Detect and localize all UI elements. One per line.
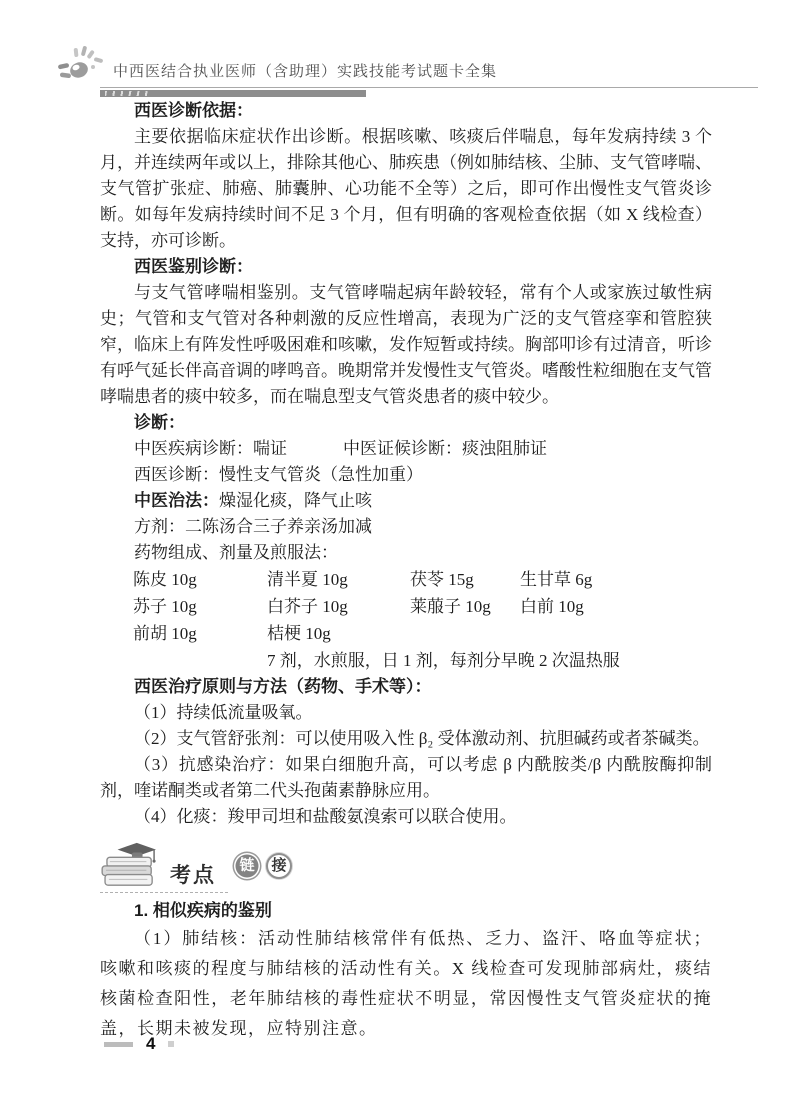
herb-cell: 清半夏 10g (267, 566, 410, 593)
exam-point-circle-lian: 链 (234, 853, 260, 879)
tcm-method-value: 燥湿化痰，降气止咳 (219, 491, 372, 510)
paragraph-western-differential-diagnosis: 与支气管哮喘相鉴别。支气管哮喘起病年龄较轻，常有个人或家族过敏性病史；气管和支气… (100, 280, 712, 410)
herb-row: 苏子 10g 白芥子 10g 莱菔子 10g 白前 10g (133, 593, 712, 620)
herb-cell: 陈皮 10g (133, 566, 267, 593)
heading-western-treatment: 西医治疗原则与方法（药物、手术等）： (100, 674, 712, 700)
line-composition-heading: 药物组成、剂量及煎服法： (100, 540, 712, 566)
header-rule-thick (100, 90, 366, 97)
book-title: 中西医结合执业医师（含助理）实践技能考试题卡全集 (113, 52, 497, 81)
herb-cell: 白前 10g (520, 593, 712, 620)
page-header: 中西医结合执业医师（含助理）实践技能考试题卡全集 (56, 44, 497, 88)
herb-cell: 苏子 10g (133, 593, 267, 620)
herb-cell: 茯苓 15g (410, 566, 520, 593)
heading-similar-disease-differentiation: 1. 相似疾病的鉴别 (100, 898, 712, 924)
treatment-item-4: （4）化痰：羧甲司坦和盐酸氨溴索可以联合使用。 (100, 804, 712, 830)
herb-cell (410, 620, 520, 647)
line-western-diagnosis: 西医诊断：慢性支气管炎（急性加重） (100, 462, 712, 488)
herb-cell: 莱菔子 10g (410, 593, 520, 620)
footer-bar (104, 1042, 133, 1047)
exam-point-link-left: 考点 (100, 839, 228, 893)
exam-point-label: 考点 (170, 863, 216, 889)
line-formula: 方剂：二陈汤合三子养亲汤加减 (100, 514, 712, 540)
herb-cell: 白芥子 10g (267, 593, 410, 620)
herb-row: 陈皮 10g 清半夏 10g 茯苓 15g 生甘草 6g (133, 566, 712, 593)
line-tcm-treatment-method: 中医治法：燥湿化痰，降气止咳 (100, 488, 712, 514)
heading-western-diagnosis-basis: 西医诊断依据： (100, 98, 712, 124)
decoction-instructions: 7 剂，水煎服，日 1 剂，每剂分早晚 2 次温热服 (100, 647, 712, 674)
herb-cell (520, 620, 712, 647)
main-content: 西医诊断依据： 主要依据临床症状作出诊断。根据咳嗽、咳痰后伴喘息，每年发病持续 … (100, 98, 712, 1044)
treatment-item-2: （2）支气管舒张剂：可以使用吸入性 β₂ 受体激动剂、抗胆碱药或者茶碱类。 (100, 726, 712, 752)
books-graduation-cap-icon (100, 839, 162, 889)
treatment-item-3: （3）抗感染治疗：如果白细胞升高，可以考虑 β 内酰胺类/β 内酰胺酶抑制剂，喹… (100, 752, 712, 804)
heading-western-differential-diagnosis: 西医鉴别诊断： (100, 254, 712, 280)
tcm-method-label: 中医治法： (134, 491, 219, 510)
tcm-disease-diagnosis: 中医疾病诊断：喘证 (134, 439, 287, 458)
heading-diagnosis: 诊断： (100, 410, 712, 436)
book-page: 中西医结合执业医师（含助理）实践技能考试题卡全集 西医诊断依据： 主要依据临床症… (0, 0, 800, 1120)
herb-cell: 桔梗 10g (267, 620, 410, 647)
paragraph-western-diagnosis-basis: 主要依据临床症状作出诊断。根据咳嗽、咳痰后伴喘息，每年发病持续 3 个月，并连续… (100, 124, 712, 254)
header-rule-ticks (105, 91, 151, 96)
line-tcm-diagnosis: 中医疾病诊断：喘证中医证候诊断：痰浊阻肺证 (100, 436, 712, 462)
exam-point-circle-jie: 接 (266, 853, 292, 879)
page-footer: 4 (104, 1034, 174, 1054)
publisher-flower-logo-icon (56, 44, 104, 88)
page-number: 4 (146, 1034, 155, 1054)
exam-point-link-badge: 考点 链 接 (100, 840, 712, 892)
treatment-item-1: （1）持续低流量吸氧。 (100, 700, 712, 726)
herb-table: 陈皮 10g 清半夏 10g 茯苓 15g 生甘草 6g 苏子 10g 白芥子 … (100, 566, 712, 647)
footer-dot (168, 1041, 174, 1047)
herb-row: 前胡 10g 桔梗 10g (133, 620, 712, 647)
paragraph-pulmonary-tuberculosis: （1）肺结核：活动性肺结核常伴有低热、乏力、盗汗、咯血等症状；咳嗽和咳痰的程度与… (100, 924, 712, 1044)
herb-cell: 生甘草 6g (520, 566, 712, 593)
header-rule-thin (100, 87, 758, 88)
herb-cell: 前胡 10g (133, 620, 267, 647)
tcm-syndrome-diagnosis: 中医证候诊断：痰浊阻肺证 (343, 439, 547, 458)
